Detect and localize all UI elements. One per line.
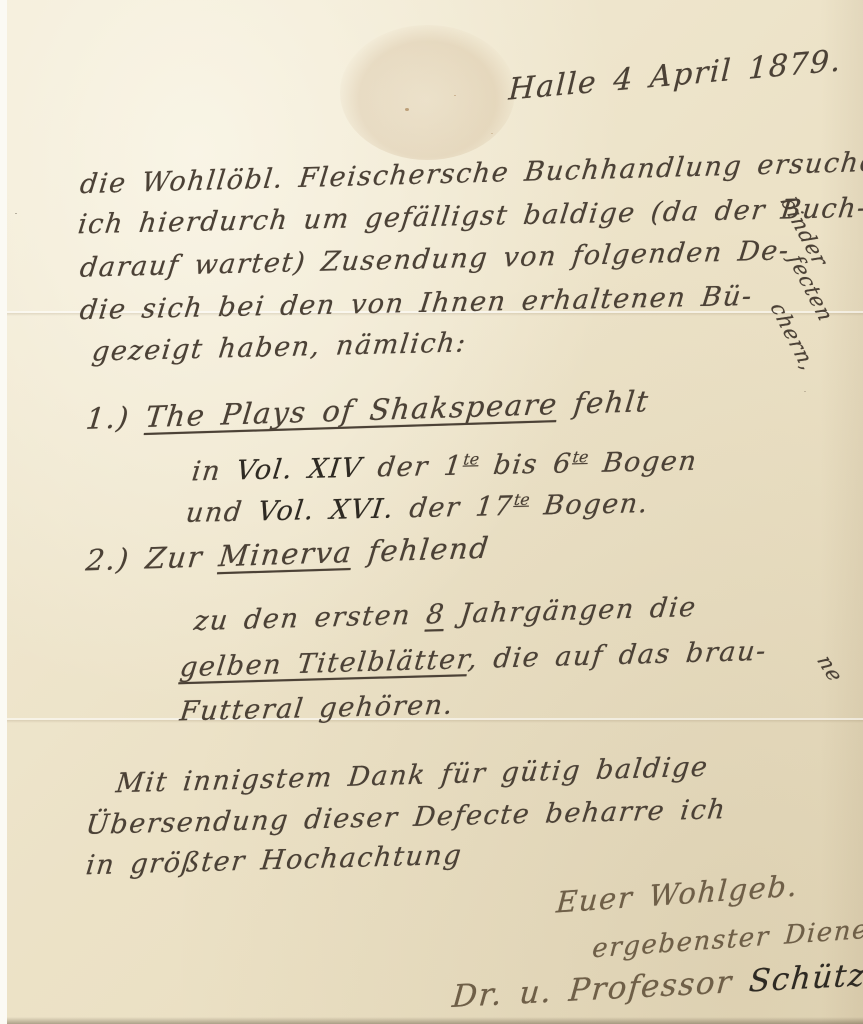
letter-scan: Halle 4 April 1879. die Wohllöbl. Fleisc…: [0, 0, 863, 1024]
paper-bottom-shadow: [7, 1017, 863, 1024]
paper-stain: [340, 25, 515, 160]
paper-specks: [405, 108, 409, 111]
